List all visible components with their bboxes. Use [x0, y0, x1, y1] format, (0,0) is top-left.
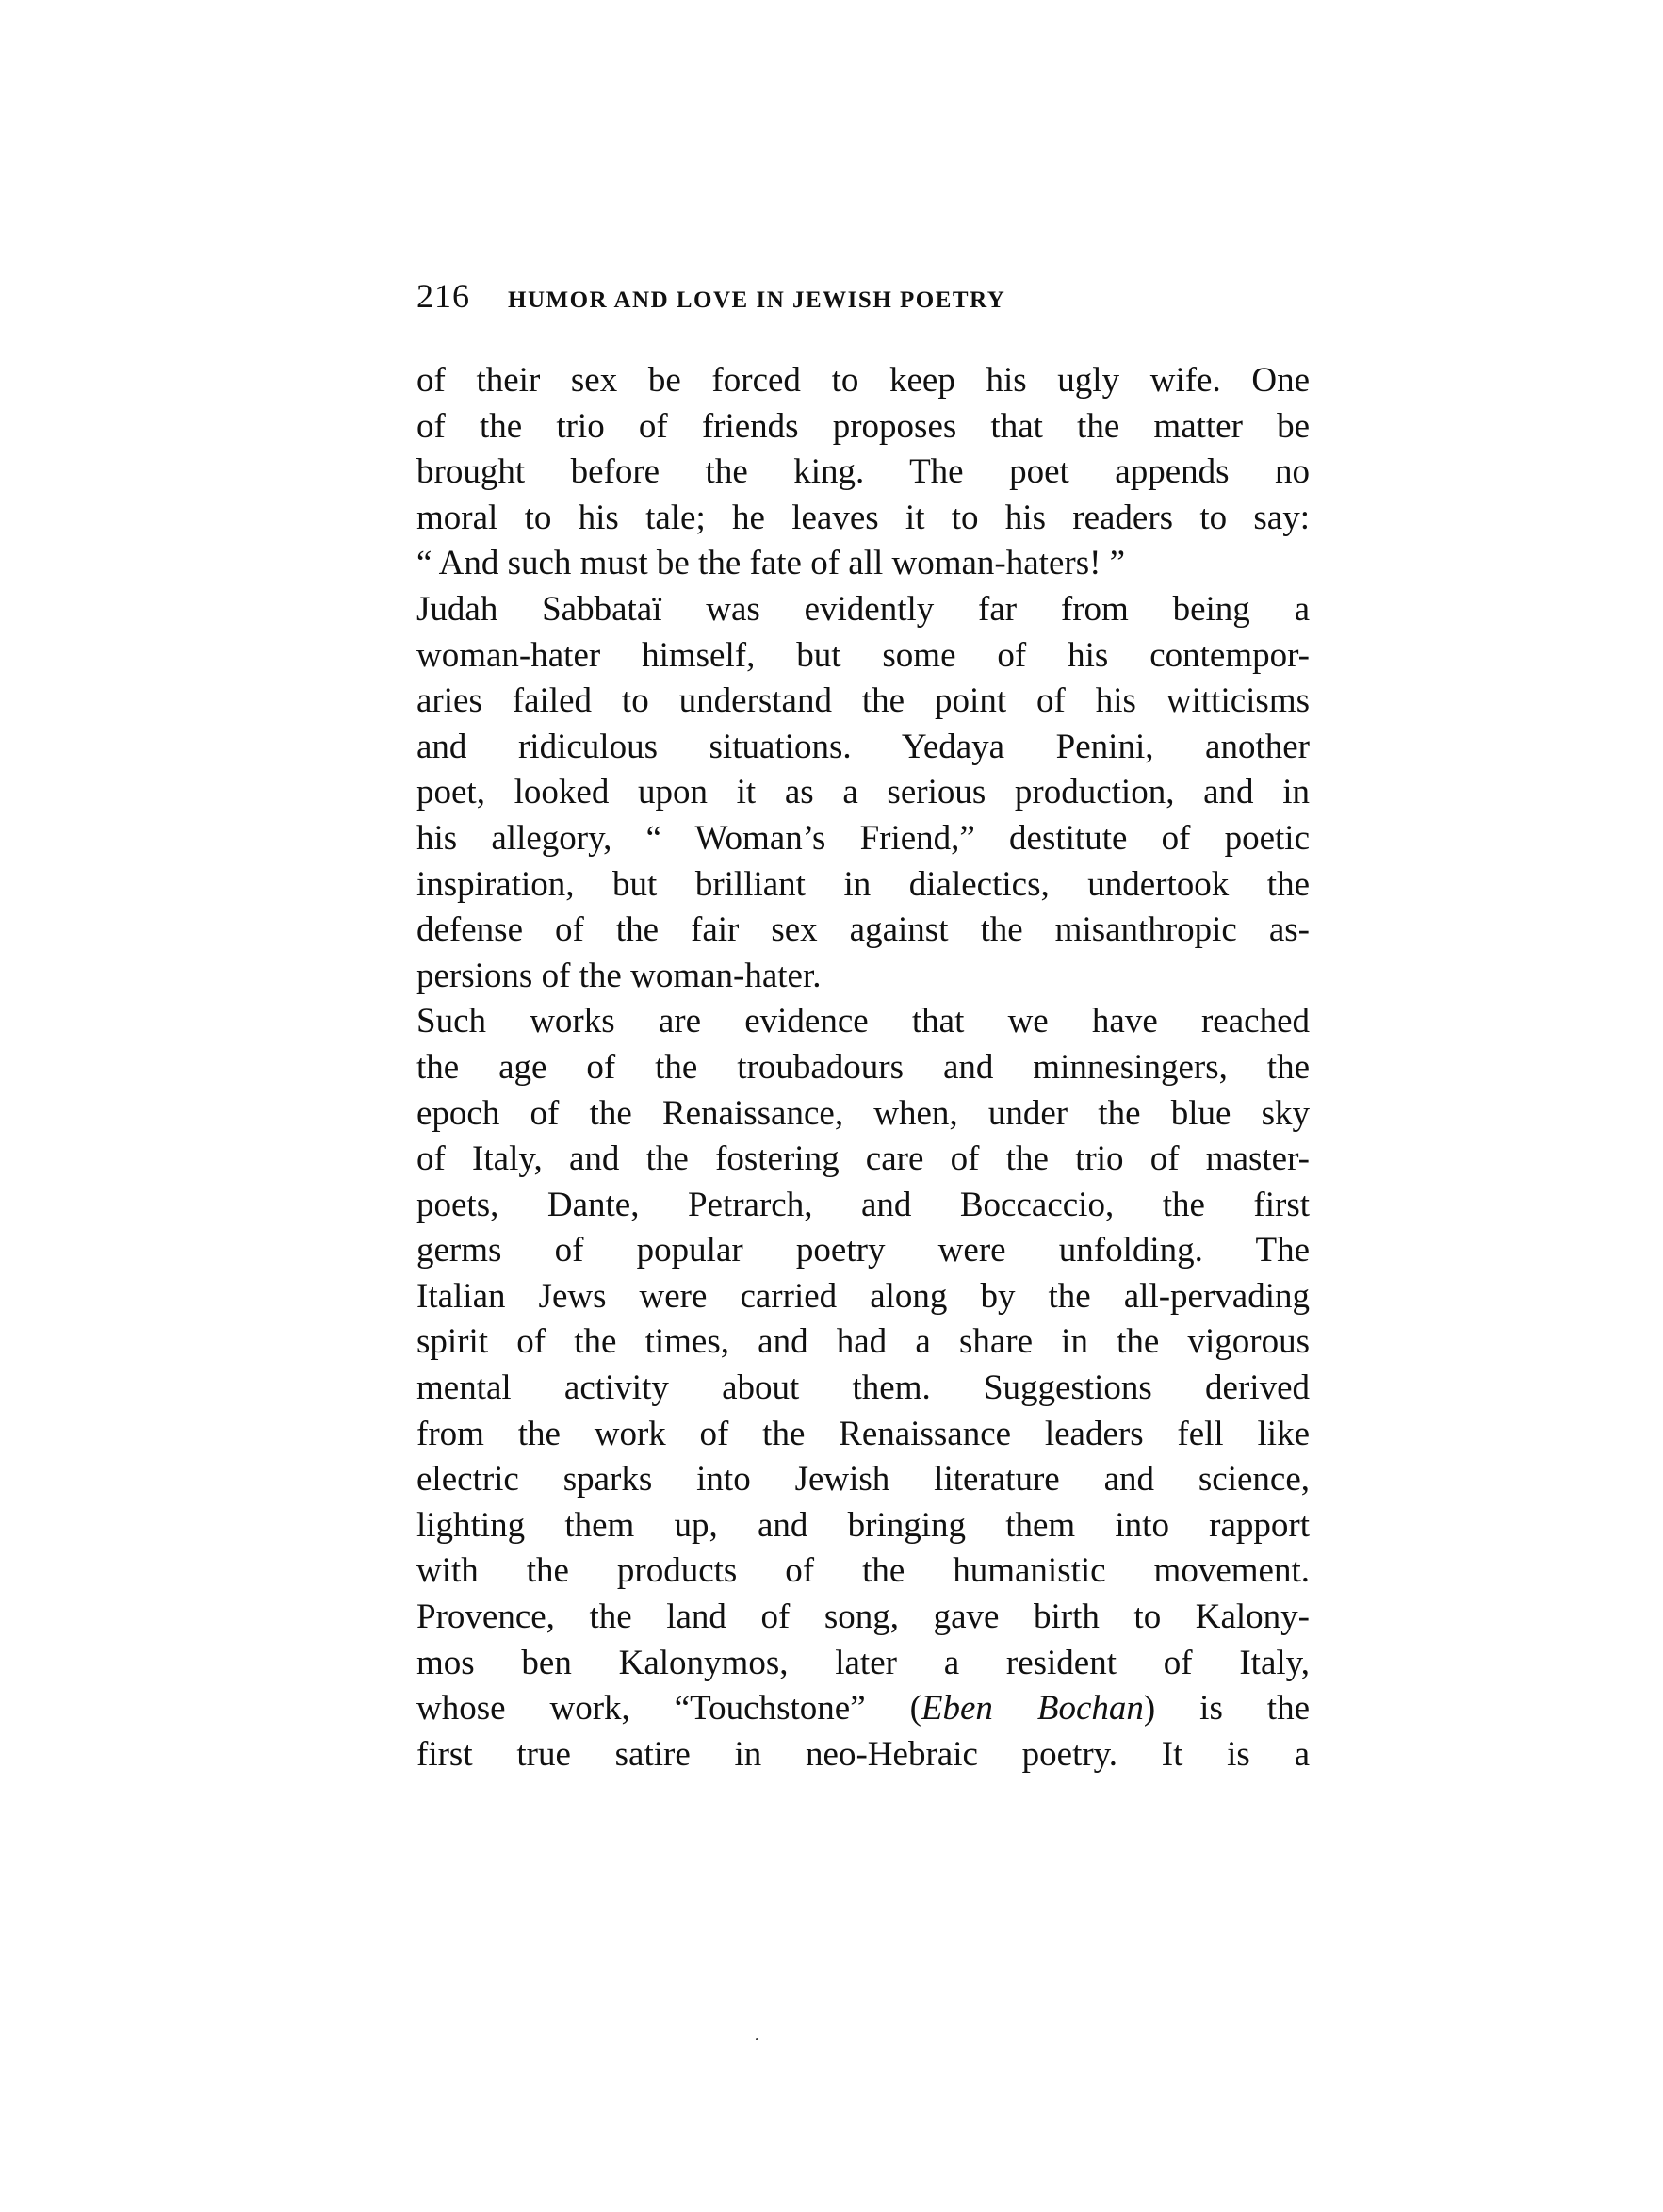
book-page: 216HUMOR AND LOVE IN JEWISH POETRY of th… [0, 0, 1663, 2212]
text-line: of their sex be forced to keep his ugly … [416, 358, 1310, 404]
text-line: Italian Jews were carried along by the a… [416, 1274, 1310, 1320]
text-line: epoch of the Renaissance, when, under th… [416, 1091, 1310, 1138]
text-line: mos ben Kalonymos, later a resident of I… [416, 1641, 1310, 1687]
text-line: poet, looked upon it as a serious produc… [416, 770, 1310, 816]
text-line: inspiration, but brilliant in dialectics… [416, 862, 1310, 909]
text-line: and ridiculous situations. Yedaya Penini… [416, 725, 1310, 771]
text-fragment: ) is the [1144, 1689, 1310, 1728]
italic-title: Eben Bochan [921, 1689, 1144, 1728]
text-line: moral to his tale; he leaves it to his r… [416, 496, 1310, 542]
text-line: woman-hater himself, but some of his con… [416, 633, 1310, 680]
text-line: Provence, the land of song, gave birth t… [416, 1595, 1310, 1641]
text-line: mental activity about them. Suggestions … [416, 1366, 1310, 1412]
text-line: lighting them up, and bringing them into… [416, 1503, 1310, 1549]
text-line: “ And such must be the fate of all woman… [416, 541, 1310, 587]
page-header: 216HUMOR AND LOVE IN JEWISH POETRY [416, 276, 1312, 316]
running-title: HUMOR AND LOVE IN JEWISH POETRY [508, 287, 1005, 313]
text-line: of Italy, and the fostering care of the … [416, 1137, 1310, 1183]
text-line: with the products of the humanistic move… [416, 1548, 1310, 1595]
text-line: spirit of the times, and had a share in … [416, 1319, 1310, 1366]
text-line: Judah Sabbataï was evidently far from be… [416, 587, 1310, 633]
text-line: from the work of the Renaissance leaders… [416, 1412, 1310, 1458]
print-speck [756, 2038, 758, 2040]
text-line: the age of the troubadours and minnesing… [416, 1045, 1310, 1091]
text-line-touchstone: whose work, “Touchstone” (Eben Bochan) i… [416, 1686, 1310, 1732]
text-line: brought before the king. The poet append… [416, 450, 1310, 496]
text-line: of the trio of friends proposes that the… [416, 404, 1310, 451]
text-fragment: whose work, “Touchstone” ( [416, 1689, 921, 1728]
text-line: electric sparks into Jewish literature a… [416, 1457, 1310, 1503]
text-line: Such works are evidence that we have rea… [416, 999, 1310, 1045]
text-line: persions of the woman-hater. [416, 954, 1310, 1000]
text-line: poets, Dante, Petrarch, and Boccaccio, t… [416, 1183, 1310, 1229]
text-line: aries failed to understand the point of … [416, 679, 1310, 725]
text-line: his allegory, “ Woman’s Friend,” destitu… [416, 816, 1310, 862]
text-line: germs of popular poetry were unfolding. … [416, 1228, 1310, 1274]
body-text: of their sex be forced to keep his ugly … [416, 358, 1310, 1778]
text-line: defense of the fair sex against the misa… [416, 908, 1310, 954]
page-number: 216 [416, 277, 470, 315]
text-line: first true satire in neo-Hebraic poetry.… [416, 1732, 1310, 1778]
